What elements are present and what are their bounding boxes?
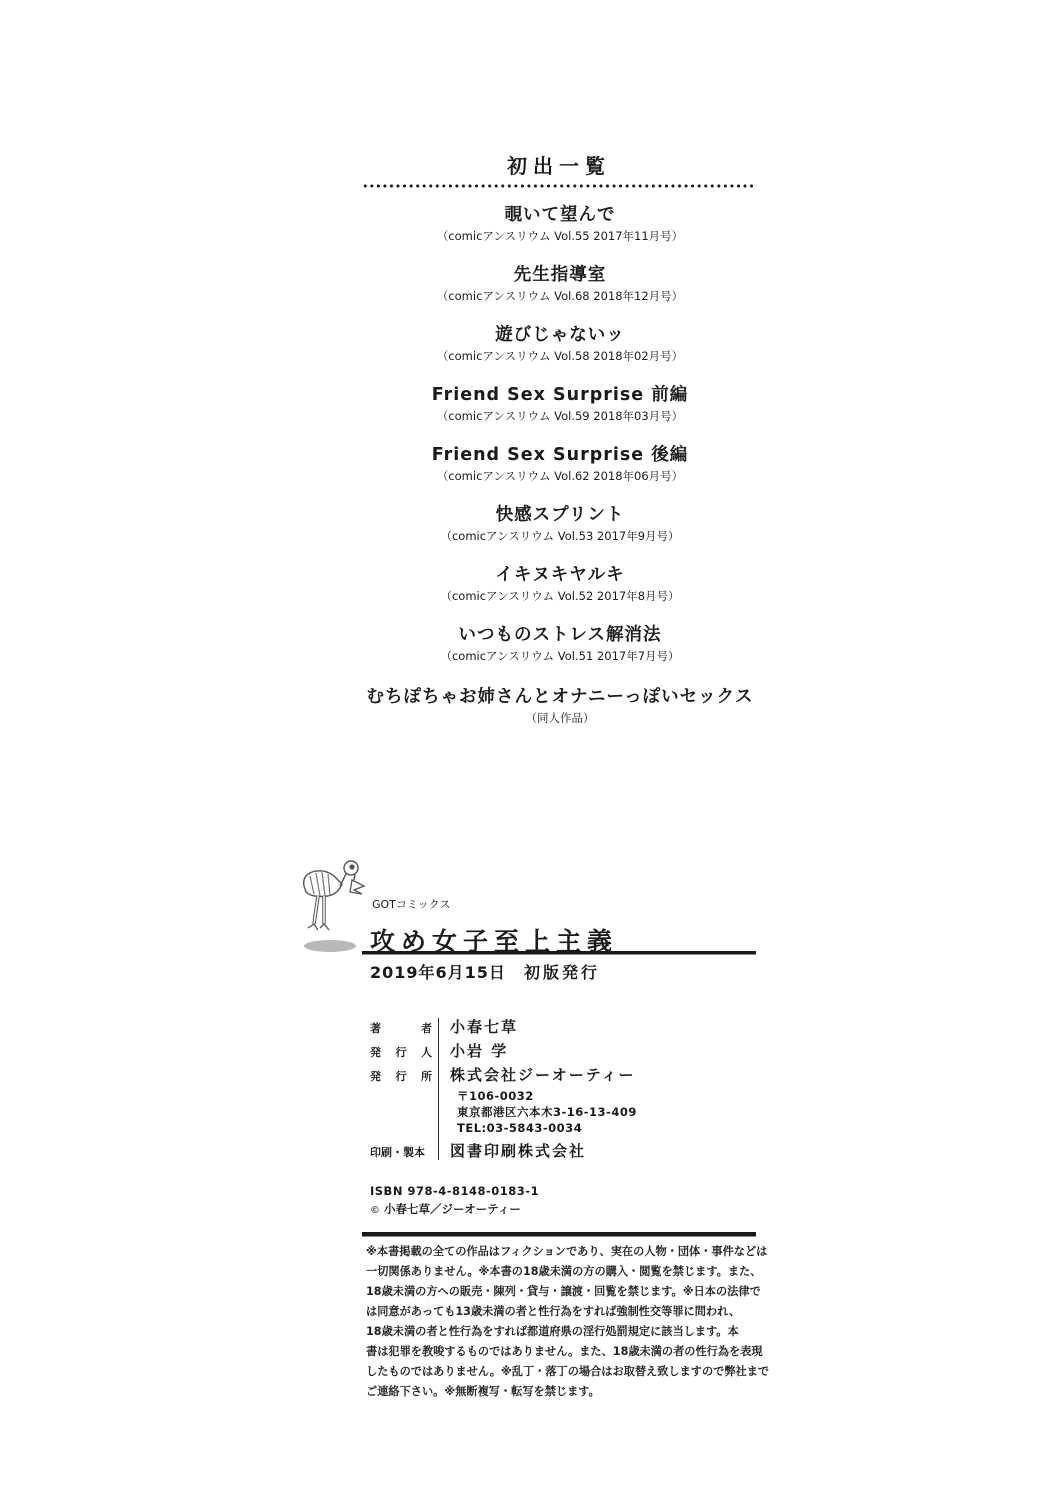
work-title: イキヌキヤルキ: [330, 564, 790, 586]
work-entry: イキヌキヤルキ （comicアンスリウム Vol.52 2017年8月号）: [330, 564, 790, 604]
work-entry: 快感スプリント （comicアンスリウム Vol.53 2017年9月号）: [330, 504, 790, 544]
copyright-icon: ©: [370, 1205, 380, 1216]
work-title: 遊びじゃないッ: [330, 324, 790, 346]
dotted-divider: [362, 184, 756, 188]
credit-publisher: 小岩 学: [450, 1040, 508, 1061]
publication-date: 2019年6月15日初版発行: [370, 960, 600, 983]
work-source: （comicアンスリウム Vol.52 2017年8月号）: [330, 588, 790, 604]
bird-mascot-icon: [298, 858, 368, 956]
series-label: GOTコミックス: [372, 896, 451, 912]
credit-label-author: 著者: [370, 1020, 432, 1036]
credit-printer: 図書印刷株式会社: [450, 1140, 586, 1161]
first-appearance-heading: 初出一覧: [360, 150, 758, 179]
work-entry: むちぽちゃお姉さんとオナニーっぽいセックス （同人作品）: [330, 686, 790, 726]
work-title: 先生指導室: [330, 264, 790, 286]
credit-label-publisher: 発行人: [370, 1044, 432, 1060]
work-title: いつものストレス解消法: [330, 624, 790, 646]
work-source: （comicアンスリウム Vol.59 2018年03月号）: [330, 408, 790, 424]
title-rule: [362, 951, 756, 955]
credit-label-publishing-house: 発行所: [370, 1068, 432, 1084]
work-source: （comicアンスリウム Vol.51 2017年7月号）: [330, 648, 790, 664]
work-entry: 先生指導室 （comicアンスリウム Vol.68 2018年12月号）: [330, 264, 790, 304]
isbn: ISBN 978-4-8148-0183-1: [370, 1184, 539, 1198]
credits-divider: [438, 1018, 439, 1160]
credit-publishing-house: 株式会社ジーオーティー: [450, 1064, 636, 1085]
work-entry: Friend Sex Surprise 前編 （comicアンスリウム Vol.…: [330, 384, 790, 424]
work-title: Friend Sex Surprise 前編: [330, 384, 790, 406]
work-title: Friend Sex Surprise 後編: [330, 444, 790, 466]
edition: 初版発行: [524, 963, 600, 982]
street-address: 東京都港区六本木3-16-13-409: [457, 1104, 637, 1120]
work-source: （comicアンスリウム Vol.58 2018年02月号）: [330, 348, 790, 364]
work-source: （comicアンスリウム Vol.53 2017年9月号）: [330, 528, 790, 544]
date: 2019年6月15日: [370, 963, 506, 982]
copyright: ©小春七草／ジーオーティー: [370, 1201, 521, 1217]
work-title: むちぽちゃお姉さんとオナニーっぽいセックス: [330, 686, 790, 708]
work-source: （comicアンスリウム Vol.68 2018年12月号）: [330, 288, 790, 304]
postal-code: 〒106-0032: [457, 1088, 534, 1104]
work-source: （comicアンスリウム Vol.62 2018年06月号）: [330, 468, 790, 484]
work-title: 覗いて望んで: [330, 204, 790, 226]
work-source: （comicアンスリウム Vol.55 2017年11月号）: [330, 228, 790, 244]
work-entry: 遊びじゃないッ （comicアンスリウム Vol.58 2018年02月号）: [330, 324, 790, 364]
work-source: （同人作品）: [330, 710, 790, 726]
credit-label-printer: 印刷・製本: [370, 1144, 432, 1160]
telephone: TEL:03-5843-0034: [457, 1120, 582, 1136]
work-title: 快感スプリント: [330, 504, 790, 526]
work-entry: Friend Sex Surprise 後編 （comicアンスリウム Vol.…: [330, 444, 790, 484]
work-entry: いつものストレス解消法 （comicアンスリウム Vol.51 2017年7月号…: [330, 624, 790, 664]
credit-author: 小春七草: [450, 1016, 518, 1037]
notice-rule: [362, 1232, 756, 1237]
legal-notice: ※本書掲載の全ての作品はフィクションであり、実在の人物・団体・事件などは 一切関…: [366, 1242, 762, 1402]
work-entry: 覗いて望んで （comicアンスリウム Vol.55 2017年11月号）: [330, 204, 790, 244]
